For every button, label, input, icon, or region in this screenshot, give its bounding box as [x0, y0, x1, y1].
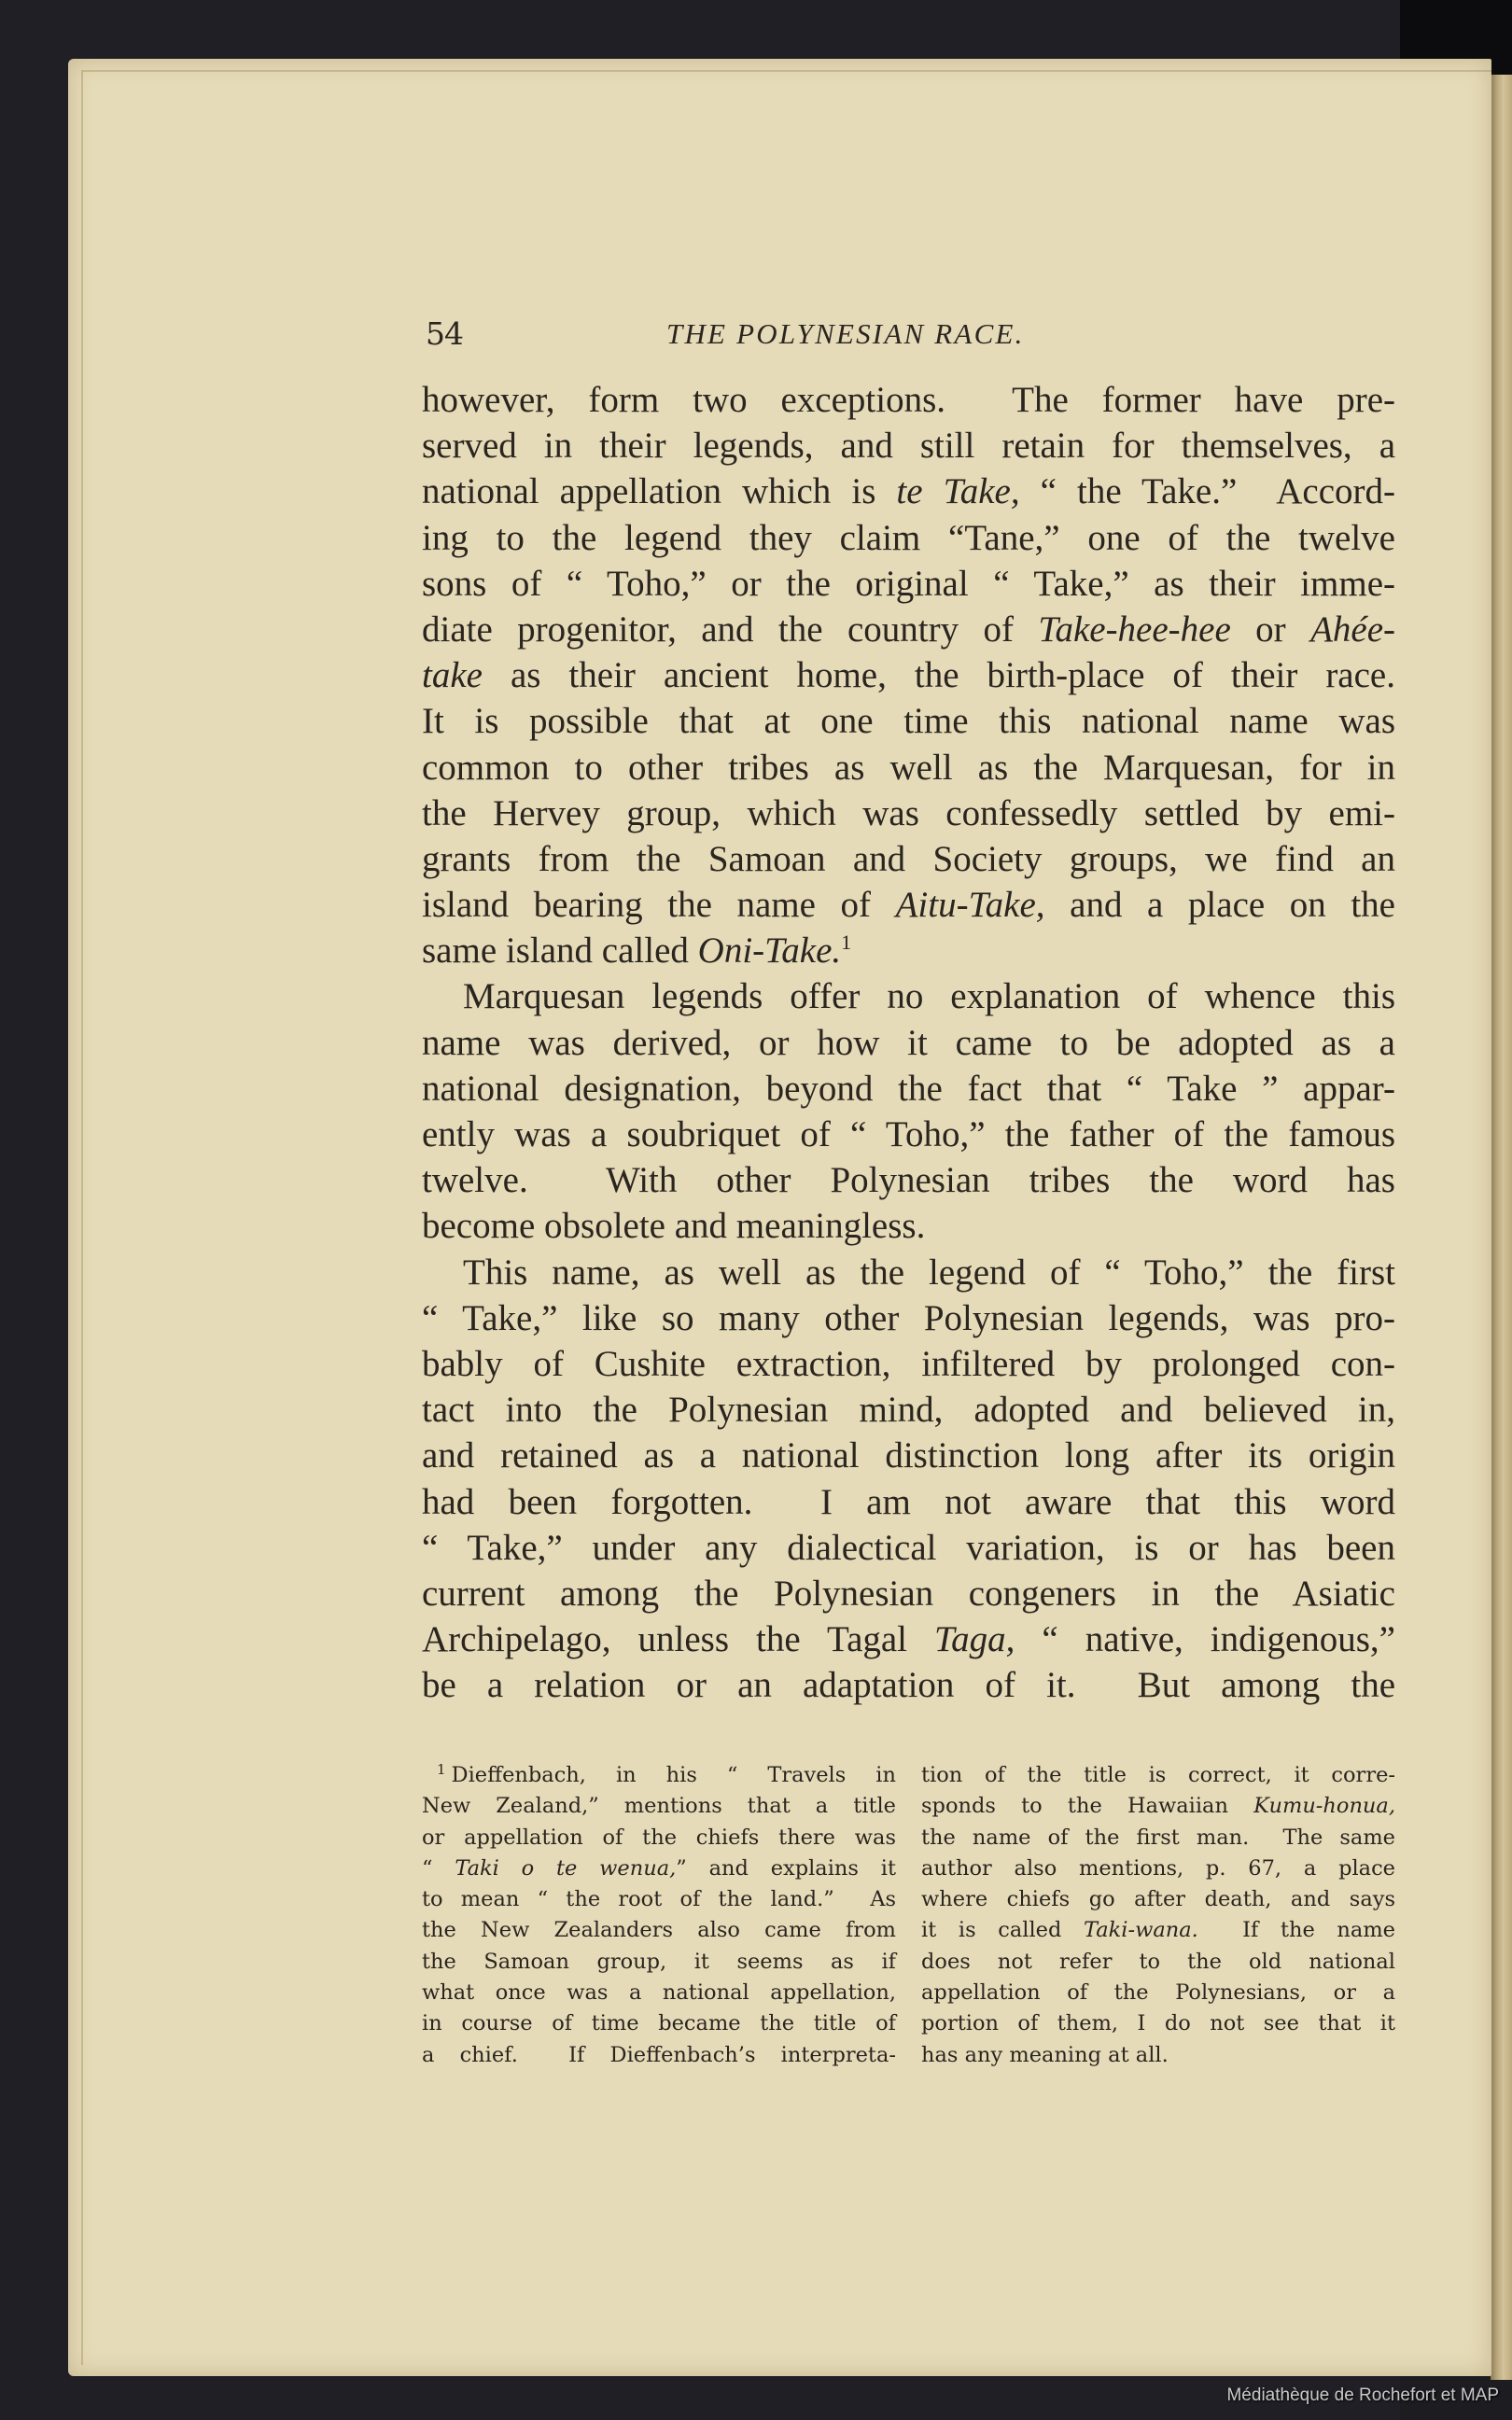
text-line: “ Taki o te wenua,” and explains it — [422, 1853, 896, 1884]
text-line: what once was a national appellation, — [422, 1978, 896, 2008]
text-run: bably of Cushite extraction, infiltered … — [422, 1344, 1395, 1384]
text-line: national appellation which is te Take, “… — [422, 469, 1395, 514]
text-line: in course of time became the title of — [422, 2008, 896, 2039]
text-run: “ native, indigenous,” — [1015, 1619, 1395, 1659]
text-run: what once was a national appellation, — [422, 1980, 896, 2005]
text-run: “ Take,” like so many other Polynesian l… — [422, 1298, 1395, 1338]
text-line: twelve. With other Polynesian tribes the… — [422, 1157, 1395, 1203]
text-run: sponds to the Hawaiian — [921, 1794, 1253, 1818]
text-run: the Samoan group, it seems as if — [422, 1950, 896, 1974]
text-line: New Zealand,” mentions that a title — [422, 1791, 896, 1822]
text-run: tact into the Polynesian mind, adopted a… — [422, 1390, 1395, 1430]
text-line: served in their legends, and still retai… — [422, 423, 1395, 469]
italic-term: Oni-Take. — [698, 930, 841, 971]
text-run: as their ancient home, the birth-place o… — [483, 655, 1395, 695]
text-run: ” and explains it — [676, 1856, 896, 1881]
footnote-ref: 1 — [841, 930, 851, 954]
text-run: New Zealand,” mentions that a title — [422, 1794, 896, 1818]
text-line: be a relation or an adaptation of it. Bu… — [422, 1662, 1395, 1708]
text-run: the Hervey group, which was confessedly … — [422, 793, 1395, 833]
text-line: the New Zealanders also came from — [422, 1915, 896, 1946]
text-line: however, form two exceptions. The former… — [422, 377, 1395, 423]
footnotes: 1Dieffenbach, in his “ Travels inNew Zea… — [422, 1760, 1395, 2096]
text-line: island bearing the name of Aitu-Take, an… — [422, 882, 1395, 928]
text-line: It is possible that at one time this nat… — [422, 698, 1395, 744]
text-line: the name of the first man. The same — [921, 1823, 1395, 1853]
italic-term: Ahée- — [1310, 609, 1395, 650]
text-run: current among the Polynesian congeners i… — [422, 1574, 1395, 1614]
text-run: become obsolete and meaningless. — [422, 1206, 925, 1246]
text-run: island bearing the name of — [422, 885, 896, 925]
footnote-column-left: 1Dieffenbach, in his “ Travels inNew Zea… — [422, 1760, 896, 2071]
text-run: author also mentions, p. 67, a place — [921, 1856, 1395, 1881]
text-line: does not refer to the old national — [921, 1947, 1395, 1978]
text-line: This name, as well as the legend of “ To… — [422, 1250, 1395, 1295]
text-run: and retained as a national distinction l… — [422, 1435, 1395, 1476]
text-run: Dieffenbach, in his “ Travels in — [452, 1763, 896, 1787]
footnote-column-right: tion of the title is correct, it corre-s… — [921, 1760, 1395, 2071]
text-run: and a place on the — [1045, 885, 1395, 925]
text-line: ing to the legend they claim “Tane,” one… — [422, 515, 1395, 561]
text-line: author also mentions, p. 67, a place — [921, 1853, 1395, 1884]
italic-term: te Take, — [896, 471, 1019, 511]
italic-term: Taki-wana. — [1084, 1918, 1198, 1942]
italic-term: Kumu-honua, — [1253, 1794, 1395, 1818]
text-run: If the name — [1198, 1918, 1395, 1942]
text-run: or — [1231, 609, 1310, 650]
text-run: to mean “ the root of the land.” As — [422, 1887, 896, 1911]
text-run: portion of them, I do not see that it — [921, 2011, 1395, 2035]
text-line: name was derived, or how it came to be a… — [422, 1020, 1395, 1066]
text-line: it is called Taki-wana. If the name — [921, 1915, 1395, 1946]
text-run: had been forgotten. I am not aware that … — [422, 1482, 1395, 1522]
text-line: tact into the Polynesian mind, adopted a… — [422, 1387, 1395, 1433]
text-run: where chiefs go after death, and says — [921, 1887, 1395, 1911]
text-line: diate progenitor, and the country of Tak… — [422, 607, 1395, 652]
text-run: name was derived, or how it came to be a… — [422, 1023, 1395, 1063]
text-line: appellation of the Polynesians, or a — [921, 1978, 1395, 2008]
text-line: 1Dieffenbach, in his “ Travels in — [422, 1760, 896, 1791]
running-head: 54 THE POLYNESIAN RACE. — [422, 314, 1395, 355]
text-line: portion of them, I do not see that it — [921, 2008, 1395, 2039]
text-run: or appellation of the chiefs there was — [422, 1825, 896, 1850]
text-line: a chief. If Dieffenbach’s interpreta- — [422, 2040, 896, 2071]
text-run: a chief. If Dieffenbach’s interpreta- — [422, 2043, 896, 2067]
text-line: the Samoan group, it seems as if — [422, 1947, 896, 1978]
text-line: current among the Polynesian congeners i… — [422, 1571, 1395, 1616]
italic-term: Take-hee-hee — [1038, 609, 1230, 650]
body-text: however, form two exceptions. The former… — [422, 377, 1395, 1708]
text-run: national appellation which is — [422, 471, 896, 511]
paragraph: This name, as well as the legend of “ To… — [422, 1250, 1395, 1709]
italic-term: Aitu-Take, — [896, 885, 1045, 925]
italic-term: Taga, — [934, 1619, 1015, 1659]
text-run: “ — [422, 1856, 455, 1881]
text-line: “ Take,” like so many other Polynesian l… — [422, 1295, 1395, 1341]
italic-term: take — [422, 655, 483, 695]
text-line: where chiefs go after death, and says — [921, 1884, 1395, 1915]
text-line: ently was a soubriquet of “ Toho,” the f… — [422, 1112, 1395, 1157]
text-run: “ Take,” under any dialectical variation… — [422, 1528, 1395, 1568]
text-line: to mean “ the root of the land.” As — [422, 1884, 896, 1915]
text-run: appellation of the Polynesians, or a — [921, 1980, 1395, 2005]
text-run: sons of “ Toho,” or the original “ Take,… — [422, 564, 1395, 604]
facing-page-edge — [1491, 75, 1512, 2380]
text-run: in course of time became the title of — [422, 2011, 896, 2035]
text-line: or appellation of the chiefs there was — [422, 1823, 896, 1853]
text-run: “ the Take.” Accord- — [1020, 471, 1395, 511]
text-run: twelve. With other Polynesian tribes the… — [422, 1160, 1395, 1200]
text-line: bably of Cushite extraction, infiltered … — [422, 1341, 1395, 1387]
paragraph: Marquesan legends offer no explanation o… — [422, 973, 1395, 1249]
text-line: “ Take,” under any dialectical variation… — [422, 1525, 1395, 1571]
text-run: be a relation or an adaptation of it. Bu… — [422, 1665, 1395, 1705]
text-run: same island called — [422, 930, 698, 971]
text-line: the Hervey group, which was confessedly … — [422, 790, 1395, 836]
text-run: the name of the first man. The same — [921, 1825, 1395, 1850]
text-line: and retained as a national distinction l… — [422, 1433, 1395, 1478]
text-line: same island called Oni-Take.1 — [422, 928, 1395, 973]
text-line: take as their ancient home, the birth-pl… — [422, 652, 1395, 698]
text-run: It is possible that at one time this nat… — [422, 701, 1395, 741]
text-run: has any meaning at all. — [921, 2043, 1169, 2067]
text-run: common to other tribes as well as the Ma… — [422, 748, 1395, 788]
text-run: served in their legends, and still retai… — [422, 426, 1395, 466]
text-run: ing to the legend they claim “Tane,” one… — [422, 518, 1395, 558]
text-run: does not refer to the old national — [921, 1950, 1395, 1974]
text-line: common to other tribes as well as the Ma… — [422, 745, 1395, 790]
library-watermark: Médiathèque de Rochefort et MAP — [1226, 2385, 1499, 2406]
text-line: sons of “ Toho,” or the original “ Take,… — [422, 561, 1395, 607]
text-run: tion of the title is correct, it corre- — [921, 1763, 1395, 1787]
text-run: it is called — [921, 1918, 1084, 1942]
text-line: Archipelago, unless the Tagal Taga, “ na… — [422, 1616, 1395, 1662]
text-run: diate progenitor, and the country of — [422, 609, 1038, 650]
text-run: the New Zealanders also came from — [422, 1918, 896, 1942]
page-number: 54 — [426, 314, 463, 355]
text-run: Marquesan legends offer no explanation o… — [463, 976, 1395, 1016]
text-run: grants from the Samoan and Society group… — [422, 839, 1395, 879]
running-head-title: THE POLYNESIAN RACE. — [666, 314, 1025, 355]
text-line: grants from the Samoan and Society group… — [422, 836, 1395, 882]
text-line: national designation, beyond the fact th… — [422, 1066, 1395, 1112]
italic-term: Taki o te wenua, — [455, 1856, 676, 1881]
text-run: Archipelago, unless the Tagal — [422, 1619, 934, 1659]
text-run: however, form two exceptions. The former… — [422, 380, 1395, 420]
paragraph: however, form two exceptions. The former… — [422, 377, 1395, 973]
text-line: become obsolete and meaningless. — [422, 1203, 1395, 1249]
text-line: tion of the title is correct, it corre- — [921, 1760, 1395, 1791]
text-run: ently was a soubriquet of “ Toho,” the f… — [422, 1114, 1395, 1154]
text-run: This name, as well as the legend of “ To… — [463, 1252, 1395, 1293]
footnote-number: 1 — [437, 1761, 446, 1778]
text-run: national designation, beyond the fact th… — [422, 1069, 1395, 1109]
text-line: had been forgotten. I am not aware that … — [422, 1479, 1395, 1525]
text-line: has any meaning at all. — [921, 2040, 1395, 2071]
text-line: Marquesan legends offer no explanation o… — [422, 973, 1395, 1019]
text-line: sponds to the Hawaiian Kumu-honua, — [921, 1791, 1395, 1822]
